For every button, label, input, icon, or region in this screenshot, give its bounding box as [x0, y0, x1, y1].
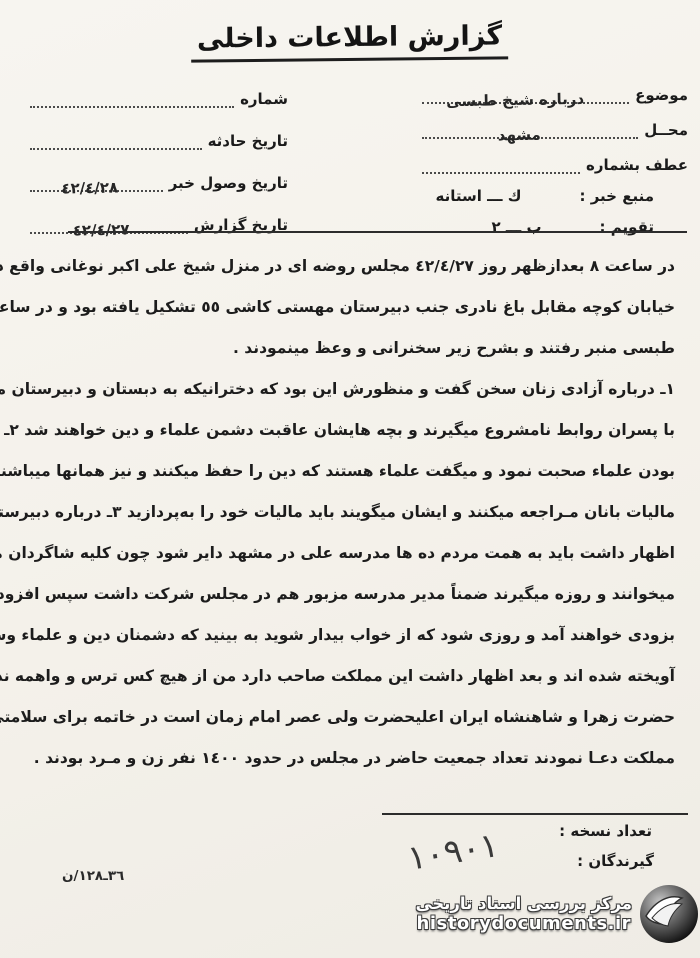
body-line: آویخته شده اند و بعد اظهار داشت این مملک… — [25, 656, 675, 697]
footer-divider-line — [382, 813, 688, 815]
document-page: گزارش اطلاعات داخلی موضوع درباره شیخ طبس… — [0, 0, 700, 958]
field-incident-date-value — [30, 154, 184, 157]
field-received-date-value: ٤٢/٤/٢٨ — [30, 178, 150, 198]
field-incident-date: تاریخ حادثه — [30, 128, 288, 150]
archive-code: ٣٦ـ١٢٨/ن — [62, 868, 124, 884]
field-source-label: منبع خبر : — [574, 187, 655, 205]
body-line: در ساعت ٨ بعدازظهر روز ٤٢/٤/٢٧ مجلس روضه… — [25, 246, 675, 287]
watermark-text-block: مرکز بررسی اسناد تاریخی historydocuments… — [414, 894, 632, 934]
body-line: طبسی منبر رفتند و بشرح زیر سخنرانی و وعظ… — [25, 328, 675, 369]
body-line: اظهار داشت باید به همت مردم ده ها مدرسه … — [25, 533, 675, 574]
field-subject-dotted-line: درباره شیخ طبسی — [422, 82, 629, 104]
body-line: حضرت زهرا و شاهنشاه ایران اعلیحضرت ولی ع… — [25, 697, 675, 738]
field-received-date: تاریخ وصول خبر ٤٢/٤/٢٨ — [30, 170, 288, 192]
header-divider-line — [68, 231, 687, 233]
copies-count-label: تعداد نسخه : — [559, 822, 652, 840]
body-line: خیابان کوچه مقابل باغ نادری جنب دبیرستان… — [25, 287, 675, 328]
field-evaluation-value: ب ـــ ٢ — [491, 218, 541, 236]
field-reference-label: عطف بشماره — [580, 156, 688, 174]
field-received-date-dotted-line: ٤٢/٤/٢٨ — [30, 170, 163, 192]
field-location-label: محــل — [638, 121, 688, 139]
header-right-column: موضوع درباره شیخ طبسی محــل مشهد عطف بشم… — [422, 82, 688, 249]
report-title-text: گزارش اطلاعات داخلی — [191, 20, 509, 62]
body-line: با پسران روابط نامشروع میگیرند و بچه های… — [25, 410, 675, 451]
field-evaluation-label: تقویم : — [594, 218, 654, 236]
globe-document-logo-icon — [636, 882, 700, 946]
field-location: محــل مشهد — [422, 117, 688, 139]
globe-icon — [636, 882, 700, 946]
field-source-value: ك ـــ استانه — [436, 187, 522, 205]
field-source: منبع خبر : ك ـــ استانه — [422, 187, 688, 205]
watermark-url: historydocuments.ir — [416, 913, 632, 934]
field-number: شماره — [30, 86, 288, 108]
body-line: بزودی خواهند آمد و روزی شود که از خواب ب… — [25, 615, 675, 656]
field-location-dotted-line: مشهد — [422, 117, 638, 139]
field-subject-label: موضوع — [629, 86, 688, 104]
field-subject-value: درباره شیخ طبسی — [422, 89, 609, 110]
field-reference-dotted-line — [422, 152, 580, 174]
body-line: مملکت دعـا نمودند تعداد جمعیت حاضر در مج… — [25, 738, 675, 779]
field-reference-value — [422, 178, 564, 180]
field-evaluation: تقویم : ب ـــ ٢ — [422, 218, 688, 236]
field-number-value — [30, 111, 214, 114]
body-line: بودن علماء صحبت نمود و میگفت علماء هستند… — [25, 451, 675, 492]
field-incident-date-dotted-line — [30, 128, 202, 150]
body-line: ١ـ درباره آزادی زنان سخن گفت و منظورش ای… — [25, 369, 675, 410]
field-report-date-value: ٤٢/٤/٢٧ — [30, 220, 172, 240]
report-title: گزارش اطلاعات داخلی — [170, 22, 530, 61]
field-incident-date-label: تاریخ حادثه — [202, 132, 288, 150]
handwritten-registry-number: ١٠٩٠١ — [386, 822, 521, 882]
field-received-date-label: تاریخ وصول خبر — [163, 174, 288, 192]
field-reference: عطف بشماره — [422, 152, 688, 174]
field-subject: موضوع درباره شیخ طبسی — [422, 82, 688, 104]
archive-watermark: مرکز بررسی اسناد تاریخی historydocuments… — [448, 876, 700, 952]
recipients-label: گیرندگان : — [577, 852, 654, 870]
field-number-dotted-line — [30, 86, 234, 108]
watermark-org-name: مرکز بررسی اسناد تاریخی — [416, 894, 632, 913]
field-number-label: شماره — [234, 90, 288, 108]
field-location-value: مشهد — [422, 124, 617, 145]
report-body: در ساعت ٨ بعدازظهر روز ٤٢/٤/٢٧ مجلس روضه… — [25, 246, 675, 779]
body-line: میخوانند و روزه میگیرند ضمناً مدیر مدرسه… — [25, 574, 675, 615]
body-line: مالیات بانان مـراجعه میکنند و ایشان میگو… — [25, 492, 675, 533]
header-left-column: شماره تاریخ حادثه تاریخ وصول خبر ٤٢/٤/٢٨… — [30, 86, 288, 254]
